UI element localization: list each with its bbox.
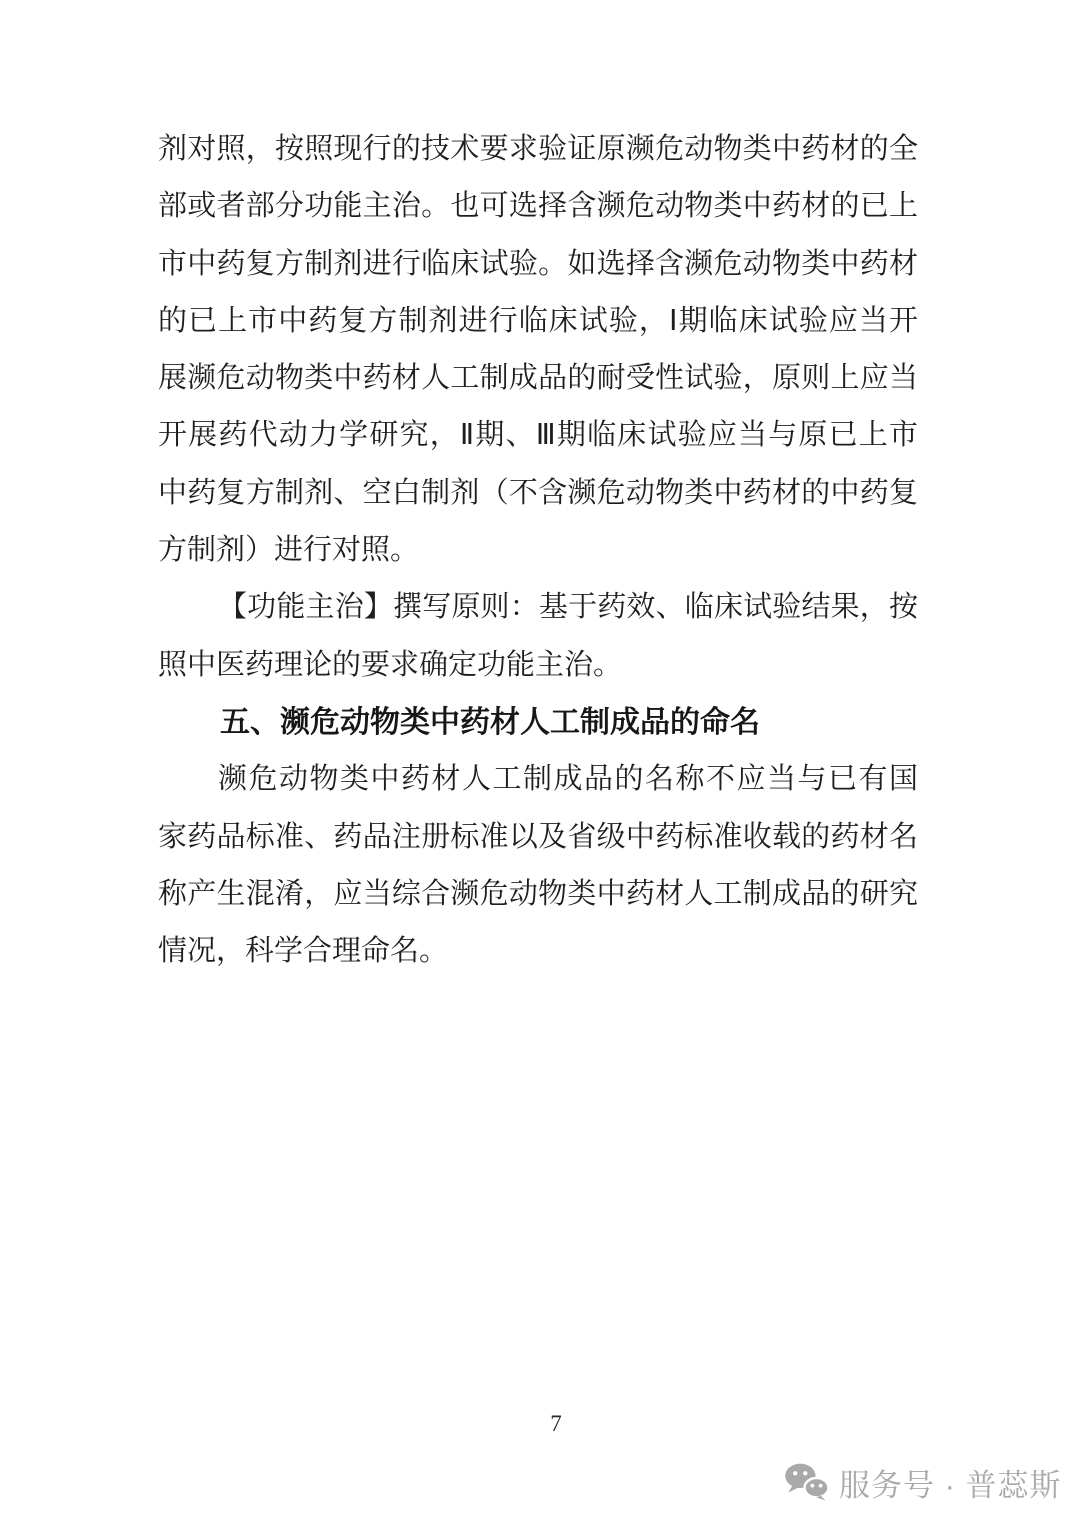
body-line: 开展药代动力学研究，Ⅱ期、Ⅲ期临床试验应当与原已上市 xyxy=(158,407,918,464)
body-line: 【功能主治】撰写原则：基于药效、临床试验结果，按 xyxy=(158,579,918,636)
body-line: 剂对照，按照现行的技术要求验证原濒危动物类中药材的全 xyxy=(158,121,918,178)
document-page: 剂对照，按照现行的技术要求验证原濒危动物类中药材的全 部或者部分功能主治。也可选… xyxy=(0,0,1080,1527)
body-line: 部或者部分功能主治。也可选择含濒危动物类中药材的已上 xyxy=(158,178,918,235)
body-line: 市中药复方制剂进行临床试验。如选择含濒危动物类中药材 xyxy=(158,236,918,293)
wechat-icon xyxy=(784,1463,830,1501)
document-body: 剂对照，按照现行的技术要求验证原濒危动物类中药材的全 部或者部分功能主治。也可选… xyxy=(158,121,918,980)
body-line: 情况，科学合理命名。 xyxy=(158,923,918,980)
section-heading: 五、濒危动物类中药材人工制成品的命名 xyxy=(158,694,918,751)
body-line: 的已上市中药复方制剂进行临床试验，Ⅰ期临床试验应当开 xyxy=(158,293,918,350)
body-line: 称产生混淆，应当综合濒危动物类中药材人工制成品的研究 xyxy=(158,866,918,923)
wechat-watermark: 服务号 · 普蕊斯 xyxy=(784,1461,1062,1503)
body-line: 濒危动物类中药材人工制成品的名称不应当与已有国 xyxy=(158,751,918,808)
body-line: 中药复方制剂、空白制剂（不含濒危动物类中药材的中药复 xyxy=(158,465,918,522)
body-line: 照中医药理论的要求确定功能主治。 xyxy=(158,637,918,694)
page-number: 7 xyxy=(32,1406,1080,1442)
body-line: 家药品标准、药品注册标准以及省级中药标准收载的药材名 xyxy=(158,809,918,866)
body-line: 展濒危动物类中药材人工制成品的耐受性试验，原则上应当 xyxy=(158,350,918,407)
body-line: 方制剂）进行对照。 xyxy=(158,522,918,579)
watermark-label: 服务号 · 普蕊斯 xyxy=(839,1460,1062,1505)
